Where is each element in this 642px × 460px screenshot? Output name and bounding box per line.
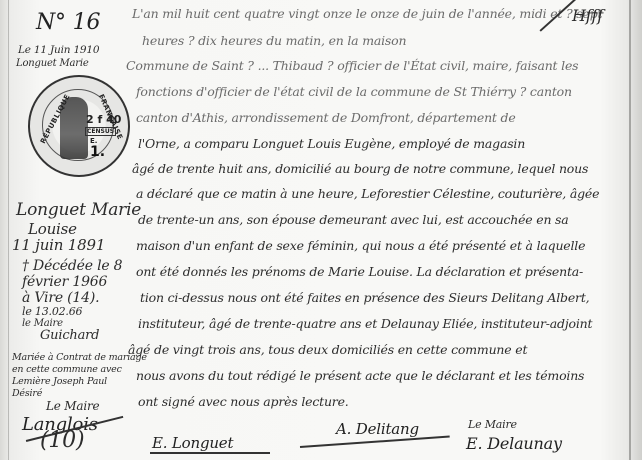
body-line: l'Orne, a comparu Longuet Louis Eugène, … (138, 136, 525, 151)
death-note-signature: Guichard (40, 328, 99, 344)
document-page: N° 16 Le 11 Juin 1910 Longuet Marie RÉPU… (0, 0, 642, 460)
death-note-line: février 1966 (22, 274, 107, 290)
body-line: instituteur, âgé de trente-quatre ans et… (138, 316, 592, 331)
body-line: tion ci-dessus nous ont été faites en pr… (140, 290, 589, 305)
acte-number: N° 16 (36, 10, 100, 35)
body-line: ont été donnés les prénoms de Marie Loui… (136, 264, 583, 279)
transcription-name: Longuet Marie (16, 58, 89, 69)
tax-stamp: RÉPUBLIQUE FRANÇAISE 2 f 40 CENSUS E. 1. (28, 75, 130, 177)
right-edge-rule (629, 0, 631, 460)
body-line: de trente-un ans, son épouse demeurant a… (138, 212, 569, 227)
birth-date: 11 juin 1891 (12, 236, 105, 254)
marginal-mark: Hfff (572, 6, 603, 25)
body-line: maison d'un enfant de sexe féminin, qui … (136, 238, 585, 253)
signature-witness1: A. Delitang (336, 420, 419, 438)
signature-declarant: E. Longuet (152, 434, 233, 452)
body-line: ont signé avec nous après lecture. (138, 394, 349, 409)
body-line: canton d'Athis, arrondissement de Domfro… (136, 110, 516, 125)
body-line: fonctions d'officier de l'état civil de … (136, 84, 572, 99)
stamp-number: 1. (90, 144, 105, 160)
transcription-date: Le 11 Juin 1910 (18, 44, 99, 56)
body-line: L'an mil huit cent quatre vingt onze le … (132, 6, 602, 21)
body-line: Commune de Saint ? ... Thibaud ? officie… (126, 58, 578, 73)
body-line: heures ? dix heures du matin, en la mais… (142, 33, 406, 48)
signature-underline (150, 452, 270, 454)
marriage-note-line: Lemière Joseph Paul (12, 376, 107, 388)
signature-witness2: E. Delaunay (466, 434, 562, 453)
body-line: nous avons du tout rédigé le présent act… (136, 368, 584, 383)
body-line: a déclaré que ce matin à une heure, Lefo… (136, 186, 599, 201)
signature-mayor-note: Le Maire (468, 418, 517, 431)
body-line: âgé de trente huit ans, domicilié au bou… (132, 161, 588, 176)
marriage-note-line: en cette commune avec (12, 364, 122, 376)
death-note-line: † Décédée le 8 (22, 258, 122, 274)
margin-mayor-label: Le Maire (46, 399, 99, 413)
subject-name-line1: Longuet Marie (16, 200, 141, 220)
left-edge-rule (8, 0, 9, 460)
body-line: âgé de vingt trois ans, tous deux domici… (128, 342, 527, 357)
page-mark: (10) (40, 428, 84, 453)
marriage-note-line: Mariée à Contrat de mariage (12, 352, 147, 364)
stamp-label: CENSUS (85, 127, 116, 136)
marriage-note-line: Désiré (12, 388, 42, 400)
stamp-value: 2 f 40 (86, 113, 121, 126)
